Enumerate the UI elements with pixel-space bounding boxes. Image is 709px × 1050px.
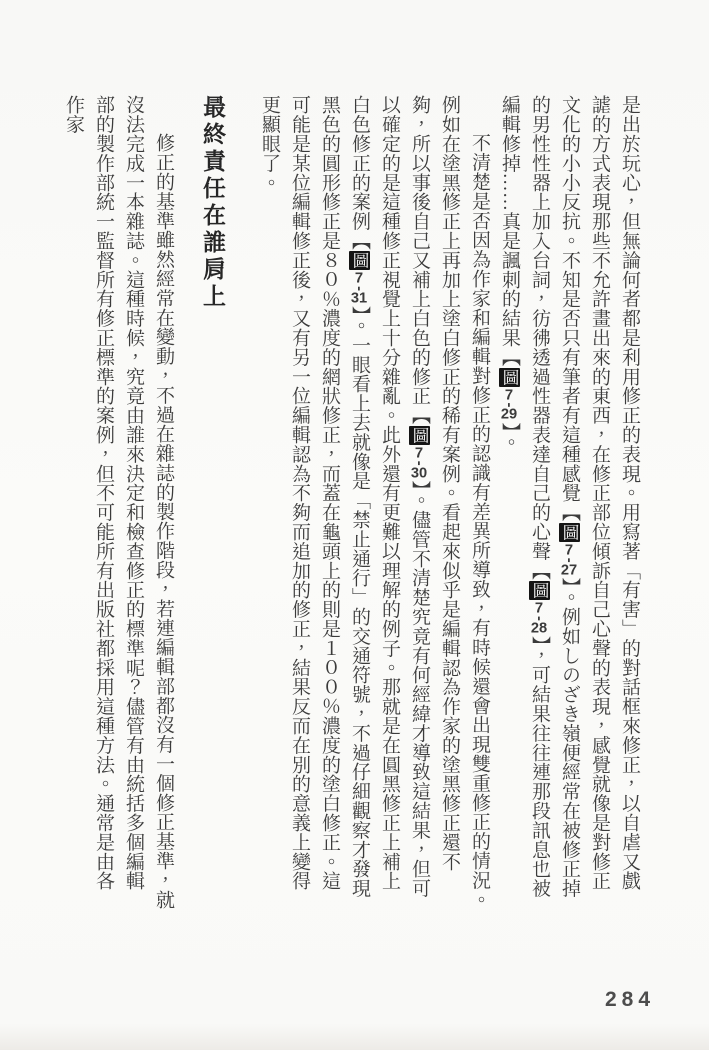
figure-number: 7-28 — [531, 601, 547, 636]
book-page: 是出於玩心，但無論何者都是利用修正的表現。用寫著「有害」的對話框來修正，以自虐又… — [0, 0, 709, 1050]
section-heading: 最終責任在誰肩上 — [196, 95, 230, 909]
figure-label-icon: 圖 — [529, 581, 550, 600]
paragraph: 是出於玩心，但無論何者都是利用修正的表現。用寫著「有害」的對話框來修正，以自虐又… — [494, 95, 644, 909]
figure-label-icon: 圖 — [409, 426, 430, 445]
paragraph: 修正的基準雖然經常在變動，不過在雜誌的製作階段，若連編輯部都沒有一個修正基準，就… — [58, 95, 178, 909]
paragraph: 不清楚是否因為作家和編輯對修正的認識有差異所導致，有時候還會出現雙重修正的情況。… — [254, 95, 494, 909]
figure-number: 7-29 — [501, 388, 517, 423]
figure-number: 7-31 — [351, 271, 367, 306]
figure-label-icon: 圖 — [349, 251, 370, 270]
figure-number: 7-30 — [411, 446, 427, 481]
figure-number: 7-27 — [561, 543, 577, 578]
vertical-text-block: 是出於玩心，但無論何者都是利用修正的表現。用寫著「有害」的對話框來修正，以自虐又… — [64, 95, 644, 909]
figure-label-icon: 圖 — [499, 368, 520, 387]
figure-label-icon: 圖 — [559, 523, 580, 542]
page-number: 284 — [605, 988, 655, 1012]
